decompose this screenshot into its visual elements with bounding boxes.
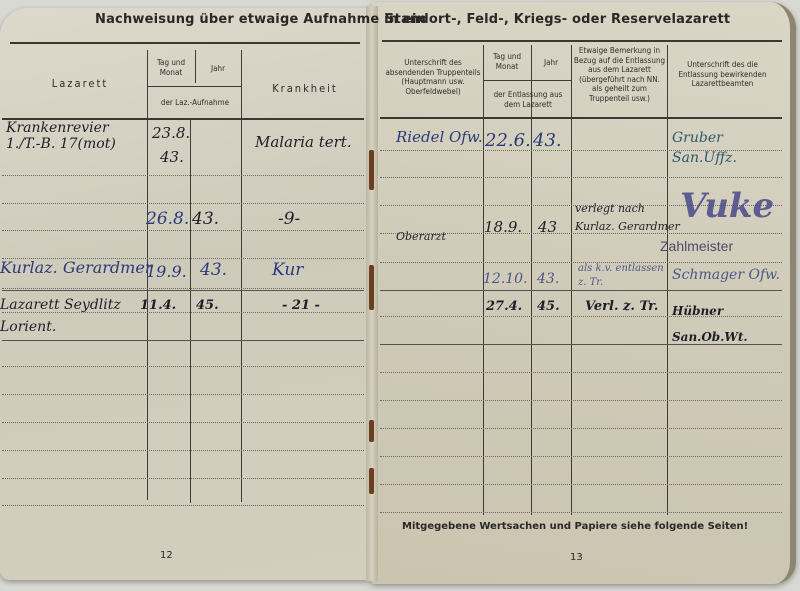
entry-jahr-2: 43 — [538, 218, 557, 236]
title-left: Nachweisung über etwaige Aufnahme in ein — [95, 12, 426, 27]
header-top-rule — [382, 40, 782, 42]
header-lazarett: Lazarett — [30, 79, 130, 89]
entry-lazarett-3: Kurlaz. Gerardmer — [0, 258, 152, 277]
entry-bemerkung-2: verlegt nach Kurlaz. Gerardmer — [575, 200, 685, 236]
entry-jahr-3: 43. — [200, 260, 227, 280]
column-divider — [241, 50, 242, 502]
page-number-right: 13 — [570, 552, 583, 563]
entry-lazarett-1: Krankenrevier 1./T.-B. 17(mot) — [6, 120, 146, 152]
header-subdivider — [483, 80, 571, 81]
entry-krankheit-1: Malaria tert. — [255, 133, 352, 151]
header-tag-monat: Tag und Monat — [149, 58, 193, 77]
header-jahr: Jahr — [196, 64, 240, 74]
entry-unterschrift-2: Oberarzt — [396, 230, 446, 243]
header-tag-monat: Tag und Monat — [485, 52, 529, 71]
header-aufnahme: der Laz.-Aufnahme — [149, 98, 241, 108]
entry-lazarett-4: Lazarett Seydlitz Lorient. — [0, 294, 140, 338]
entry-krankheit-2: -9- — [278, 209, 300, 229]
stamp-zahlmeister: Zahlmeister — [660, 238, 733, 254]
entry-beamter-1: Gruber San.Uffz. — [672, 128, 772, 168]
entry-krankheit-4: - 21 - — [282, 298, 320, 313]
entry-jahr-2: 43. — [192, 209, 219, 229]
entry-tag-4: 27.4. — [486, 299, 522, 314]
entry-jahr-1: 43. — [533, 130, 562, 151]
rust-staple — [369, 468, 374, 494]
entry-bemerkung-3: als k.v. entlassen z. Tr. — [578, 262, 668, 290]
entry-jahr-1: 43. — [160, 148, 184, 166]
entry-jahr-4: 45. — [537, 299, 560, 314]
page-number-left: 12 — [160, 550, 173, 561]
header-unterschrift-truppe: Unterschrift des absendenden Truppenteil… — [385, 58, 481, 96]
entry-beamter-4: Hübner San.Ob.Wt. — [672, 298, 772, 350]
rust-staple — [369, 420, 374, 442]
header-entlassung: der Entlassung aus dem Lazarett — [485, 90, 571, 109]
header-jahr: Jahr — [532, 58, 570, 68]
entry-tag-2: 18.9. — [484, 218, 522, 236]
header-bemerkung: Etwaige Bemerkung in Bezug auf die Entla… — [573, 46, 666, 103]
entry-jahr-4: 45. — [196, 298, 219, 313]
entry-tag-2: 26.8. — [146, 209, 189, 229]
entry-bemerkung-4: Verl. z. Tr. — [585, 299, 658, 314]
entry-unterschrift-1: Riedel Ofw. — [396, 128, 483, 146]
entry-tag-3: 12.10. — [483, 271, 528, 287]
footer-note: Mitgegebene Wertsachen und Papiere siehe… — [402, 521, 748, 532]
rust-staple — [369, 150, 374, 190]
title-right: Standort-, Feld-, Kriegs- oder Reservela… — [385, 12, 730, 27]
header-subdivider — [147, 86, 241, 87]
entry-jahr-3: 43. — [537, 271, 559, 287]
entry-tag-1: 22.6. — [485, 130, 531, 151]
header-krankheit: Krankheit — [250, 84, 360, 94]
header-top-rule — [10, 42, 360, 44]
header-bottom-rule — [380, 117, 782, 119]
column-divider — [531, 45, 532, 515]
entry-krankheit-3: Kur — [272, 260, 303, 280]
column-divider — [571, 45, 572, 515]
entry-tag-3: 19.9. — [146, 262, 187, 281]
signature-stamp-scribble: Vuke — [680, 186, 774, 226]
entry-beamter-3: Schmager Ofw. — [672, 267, 780, 283]
entry-tag-4: 11.4. — [140, 298, 176, 313]
header-unterschrift-beamten: Unterschrift des die Entlassung bewirken… — [670, 60, 775, 89]
rust-staple — [369, 265, 374, 310]
entry-tag-1: 23.8. — [152, 124, 190, 142]
